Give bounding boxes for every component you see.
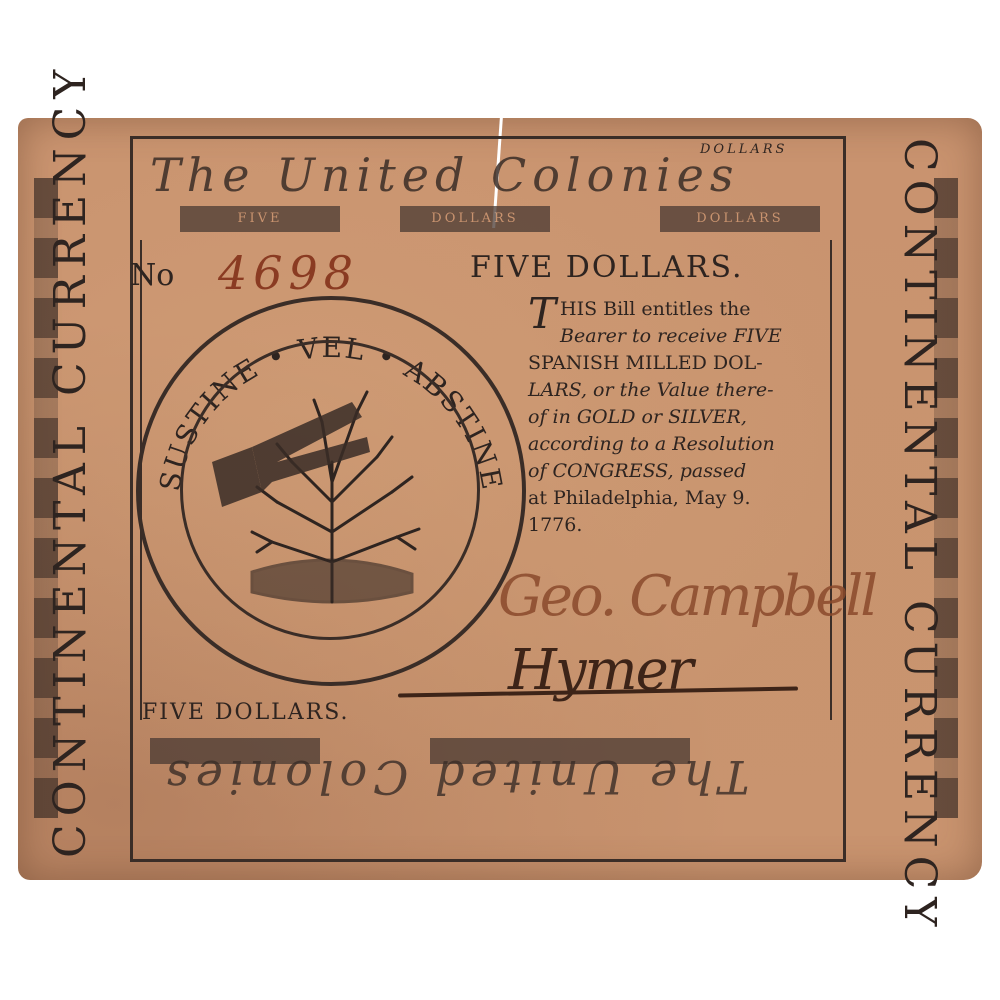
bottom-banner: The United Colonies	[140, 730, 830, 850]
top-banner: DOLLARS The United Colonies FIVE DOLLARS…	[140, 140, 830, 240]
serial-prefix: No	[130, 258, 174, 293]
text-line-4: LARS, or the Value there-	[528, 377, 838, 404]
header-bar-right: DOLLARS	[660, 206, 820, 232]
header-bar-left: FIVE	[180, 206, 340, 232]
text-line-2: Bearer to receive FIVE	[528, 323, 838, 350]
text-line-7: of CONGRESS, passed	[528, 458, 838, 485]
text-line-6: according to a Resolution	[528, 431, 838, 458]
text-line-5: of in GOLD or SILVER,	[528, 404, 838, 431]
script-title-inverted: The United Colonies	[160, 750, 750, 804]
script-title: The United Colonies	[150, 148, 740, 202]
text-line-1: HIS Bill entitles the	[528, 296, 838, 323]
left-border: CONTINENTAL CURRENCY	[26, 138, 116, 858]
left-border-text: CONTINENTAL CURRENCY	[26, 138, 116, 858]
hand-pressing-acanthus-icon	[182, 342, 476, 636]
denomination-top: FIVE DOLLARS.	[470, 250, 744, 285]
header-bar-mid: DOLLARS	[400, 206, 550, 232]
denomination-bottom: FIVE DOLLARS.	[142, 700, 350, 725]
promissory-text: T HIS Bill entitles the Bearer to receiv…	[528, 296, 838, 539]
dropcap: T	[528, 296, 556, 332]
text-line-8: at Philadelphia, May 9.	[528, 485, 838, 512]
right-border-text: CONTINENTAL CURRENCY	[874, 138, 964, 858]
right-border: CONTINENTAL CURRENCY	[874, 138, 964, 858]
text-line-9: 1776.	[528, 512, 838, 539]
continental-currency-note: CONTINENTAL CURRENCY CONTINENTAL CURRENC…	[18, 118, 982, 880]
seal: SUSTINE • VEL • ABSTINE	[136, 296, 526, 686]
signature-1: Geo. Campbell	[498, 564, 875, 629]
text-line-3: SPANISH MILLED DOL-	[528, 350, 838, 377]
serial-number: 4698	[218, 246, 359, 300]
